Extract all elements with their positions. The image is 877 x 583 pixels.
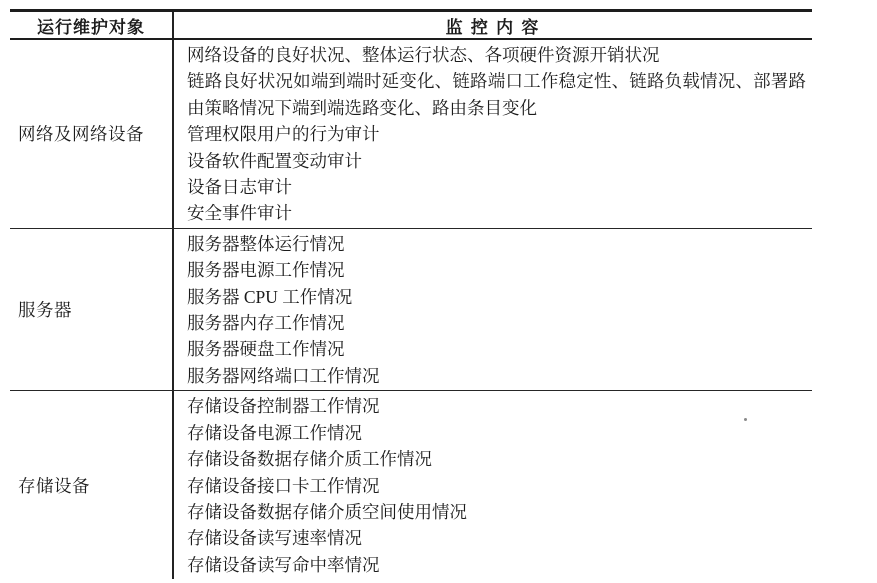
monitor-item: 链路良好状况如端到端时延变化、链路端口工作稳定性、链路负载情况、部署路由策略情况… xyxy=(187,68,806,121)
object-label-server: 服务器 xyxy=(10,229,172,390)
content-cell-server: 服务器整体运行情况 服务器电源工作情况 服务器 CPU 工作情况 服务器内存工作… xyxy=(172,229,812,390)
table-header-row: 运行维护对象 监 控 内 容 xyxy=(10,12,812,40)
content-cell-storage: 存储设备控制器工作情况 存储设备电源工作情况 存储设备数据存储介质工作情况 存储… xyxy=(172,391,812,579)
monitor-item: 设备软件配置变动审计 xyxy=(187,148,806,174)
table-row-network-devices: 网络及网络设备 网络设备的良好状况、整体运行状态、各项硬件资源开销状况 链路良好… xyxy=(10,40,812,229)
monitor-item: 服务器整体运行情况 xyxy=(187,231,806,257)
monitor-item: 存储设备读写命中率情况 xyxy=(187,552,806,578)
content-cell-network: 网络设备的良好状况、整体运行状态、各项硬件资源开销状况 链路良好状况如端到端时延… xyxy=(172,40,812,228)
monitor-item: 网络设备的良好状况、整体运行状态、各项硬件资源开销状况 xyxy=(187,42,806,68)
monitoring-content-table: 运行维护对象 监 控 内 容 网络及网络设备 网络设备的良好状况、整体运行状态、… xyxy=(10,9,812,579)
object-label-network: 网络及网络设备 xyxy=(10,40,172,228)
table-row-server: 服务器 服务器整体运行情况 服务器电源工作情况 服务器 CPU 工作情况 服务器… xyxy=(10,229,812,391)
monitor-item: 服务器电源工作情况 xyxy=(187,257,806,283)
object-label-storage: 存储设备 xyxy=(10,391,172,579)
header-content-column: 监 控 内 容 xyxy=(172,12,812,38)
monitor-item: 安全事件审计 xyxy=(187,200,806,226)
scan-artifact-dot xyxy=(744,418,747,421)
monitor-item: 服务器 CPU 工作情况 xyxy=(187,284,806,310)
monitor-item: 设备日志审计 xyxy=(187,174,806,200)
monitor-item: 服务器内存工作情况 xyxy=(187,310,806,336)
monitor-item: 存储设备电源工作情况 xyxy=(187,420,806,446)
monitor-item: 存储设备数据存储介质工作情况 xyxy=(187,446,806,472)
monitor-item: 存储设备数据存储介质空间使用情况 xyxy=(187,499,806,525)
monitor-item: 服务器硬盘工作情况 xyxy=(187,336,806,362)
scanned-document-page: 运行维护对象 监 控 内 容 网络及网络设备 网络设备的良好状况、整体运行状态、… xyxy=(0,0,877,583)
monitor-item: 存储设备控制器工作情况 xyxy=(187,393,806,419)
monitor-item: 存储设备接口卡工作情况 xyxy=(187,473,806,499)
monitor-item: 服务器网络端口工作情况 xyxy=(187,363,806,389)
monitor-item: 存储设备读写速率情况 xyxy=(187,525,806,551)
monitor-item: 管理权限用户的行为审计 xyxy=(187,121,806,147)
table-row-storage: 存储设备 存储设备控制器工作情况 存储设备电源工作情况 存储设备数据存储介质工作… xyxy=(10,391,812,579)
header-object-column: 运行维护对象 xyxy=(10,12,172,38)
